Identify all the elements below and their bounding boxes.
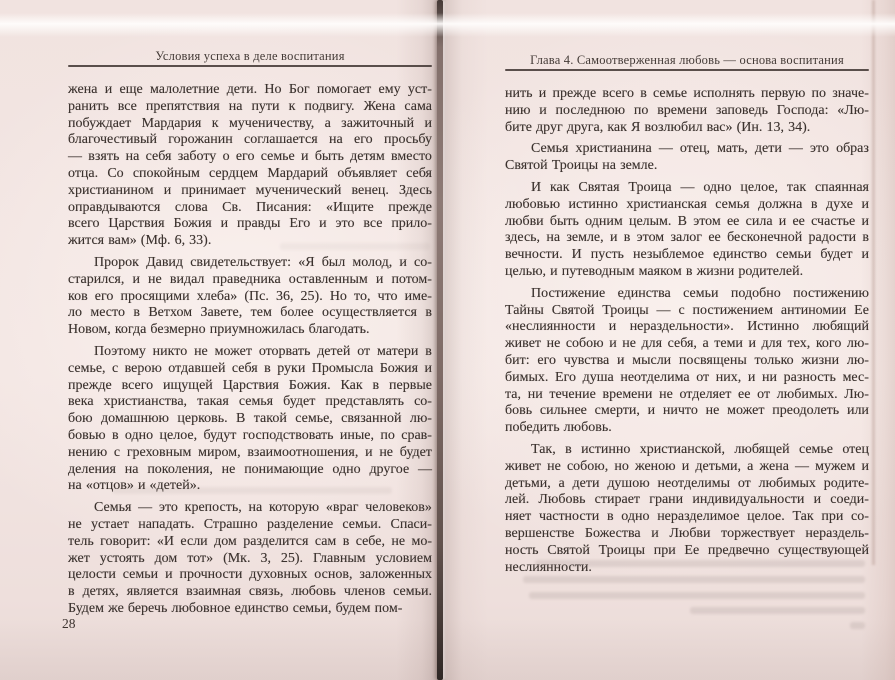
text-line: детьми,адетидушоюнеотделимыотлюбимыхроди… xyxy=(505,476,869,493)
text-line: делениянапоколения,непонимающиеоднодруго… xyxy=(68,462,432,479)
left-page: Условия успеха в деле воспитания женаиещ… xyxy=(68,0,432,680)
text-line: ТайныСвятойТроицы—спостижениемантиномииЕ… xyxy=(505,303,869,320)
text-line: —взятьнасебязаботуоегосемьеибытьдетямвме… xyxy=(68,149,432,166)
paragraph: Поэтомуниктонеможетоторватьдетейотматери… xyxy=(68,344,432,495)
text-line: победитьлюбовь. xyxy=(505,420,869,437)
text-line: ранитьвсепрепятствиянапутикподвигу.Женас… xyxy=(68,99,432,116)
text-line: оправдываютсясловаСв.Писания:«Ищитепрежд… xyxy=(68,200,432,217)
bleed-through-line xyxy=(112,487,392,494)
text-line: женаиещемалолетниедети.НоБогпомогаетемуу… xyxy=(68,82,432,99)
text-line: Новом,когдабезмерноприумножиласьблагодат… xyxy=(68,322,432,339)
text-line: вдетях,являетсявзаимнаясвязь,любовьчлено… xyxy=(68,584,432,601)
right-head-rule xyxy=(505,69,869,71)
text-line: тельговорит:«Иеслидомразделитсясамвсебе,… xyxy=(68,534,432,551)
text-line: та,нитечениевременинеотделяетееотлюбимых… xyxy=(505,387,869,404)
text-line: семье,свероюотдавшейсебяврукиПромыслаБож… xyxy=(68,361,432,378)
text-line: «неслиянностиинераздельности».Истиннолюб… xyxy=(505,319,869,336)
text-line: старился,иневидалправедникаоставленнымип… xyxy=(68,272,432,289)
bleed-through-line xyxy=(690,607,865,614)
text-line: здесь,наземле,ивэтомзалогеебесконечнойра… xyxy=(505,230,869,247)
binding-gutter-line xyxy=(437,0,443,680)
text-line: живетнесобоюинедлясебя,атемиидлятех,кого… xyxy=(505,336,869,353)
text-line: Семья—этокрепость,накоторую«врагчеловеко… xyxy=(68,500,432,517)
text-line: всегоЦарствияБожияиправдыЕгоиэтовсеприло… xyxy=(68,216,432,233)
bleed-through-line xyxy=(280,243,430,250)
right-page-body: нитьипреждевсеговсемьеисполнятьпервуюпоз… xyxy=(505,86,869,576)
text-line: няетчастностиводнонеразделимоецелое.Такп… xyxy=(505,509,869,526)
text-line: любвибытьоднимцелым.Вэтомеесилаиеесчасть… xyxy=(505,214,869,231)
text-line: вершенствеБожестваиЛюбвиторжествуетнераз… xyxy=(505,526,869,543)
text-line: Семьяхристианина—отец,мать,дети—этообраз xyxy=(505,141,869,158)
text-line: преждевсегоищущейЦарствияБожия.Каквпервы… xyxy=(68,378,432,395)
paragraph: Постижениеединствасемьиподобнопостижению… xyxy=(505,286,869,437)
text-line: ломестовВетхомЗавете,темболееосуществляе… xyxy=(68,305,432,322)
left-page-number: 28 xyxy=(62,616,76,632)
text-line: СвятойТроицыназемле. xyxy=(505,158,869,175)
text-line: нениюсгреховныммиром,взаимоотношения,ине… xyxy=(68,445,432,462)
text-line: вечности.Ипустьнезыблемоеединствосемьибу… xyxy=(505,247,869,264)
left-running-head: Условия успеха в деле воспитания xyxy=(68,49,432,64)
text-line: бовьюводноцелое,будутгосподствоватьиные,… xyxy=(68,428,432,445)
text-line: лей.Любовьстираетгранииндивидуальностиис… xyxy=(505,492,869,509)
text-line: Поэтомуниктонеможетоторватьдетейотматери… xyxy=(68,344,432,361)
text-line: ностьСвятойТроицыприЕепредвечносуществую… xyxy=(505,543,869,560)
page-curl-crease xyxy=(872,0,875,565)
book-scan: Условия успеха в деле воспитания женаиещ… xyxy=(0,0,895,680)
text-line: бовьсильнеесмерти,иничтонеможетпреодолет… xyxy=(505,403,869,420)
text-line: ниюипоследнююповременизаповедьГоспода:«Л… xyxy=(505,103,869,120)
text-line: боюдомашнююцерковь.Втакойсемье,связанной… xyxy=(68,411,432,428)
left-head-rule xyxy=(68,65,432,67)
text-line: Постижениеединствасемьиподобнопостижению xyxy=(505,286,869,303)
text-line: жетустоятьдомтот»(Мк.3,25).Главнымуслови… xyxy=(68,551,432,568)
text-line: векахристианства,такаясемьябудетпредстав… xyxy=(68,394,432,411)
text-line: целью,ипутеводныммаякомвжизниродителей. xyxy=(505,264,869,281)
paragraph: Семья—этокрепость,накоторую«врагчеловеко… xyxy=(68,500,432,618)
text-line: ИкакСвятаяТроица—одноцелое,такспаянная xyxy=(505,180,869,197)
left-page-body: женаиещемалолетниедети.НоБогпомогаетемуу… xyxy=(68,82,432,618)
text-line: побуждаетМардариякмученичеству,азажиточн… xyxy=(68,116,432,133)
text-line: целостисемьиипрочностидуховныхоснов,зало… xyxy=(68,567,432,584)
text-line: бимых.Егодушанеотделимаотних,иниразность… xyxy=(505,370,869,387)
text-line: благочестивыйгорожанинсоглашаетсянаегопр… xyxy=(68,132,432,149)
bleed-through-line xyxy=(523,576,865,583)
text-line: битедругдруга,какЯвозлюбилвас»(Ин.13,34)… xyxy=(505,120,869,137)
text-line: ПророкДавидсвидетельствует:«Ябылмолод,ис… xyxy=(68,255,432,272)
text-line: нитьипреждевсеговсемьеисполнятьпервуюпоз… xyxy=(505,86,869,103)
bleed-through-line xyxy=(529,592,865,599)
right-running-head: Глава 4. Самоотверженная любовь — основа… xyxy=(505,53,869,68)
text-line: бит:егочувстваимыслипосвященытолькожизни… xyxy=(505,353,869,370)
paragraph: Так,вистиннохристианской,любящейсемьеоте… xyxy=(505,442,869,576)
paragraph: женаиещемалолетниедети.НоБогпомогаетемуу… xyxy=(68,82,432,250)
paragraph: нитьипреждевсеговсемьеисполнятьпервуюпоз… xyxy=(505,86,869,136)
text-line: неустаетнападать.Страшноразделениесемьи.… xyxy=(68,517,432,534)
paragraph: ПророкДавидсвидетельствует:«Ябылмолод,ис… xyxy=(68,255,432,339)
right-page: Глава 4. Самоотверженная любовь — основа… xyxy=(505,0,869,680)
text-line: христианиномипринимаетмученическийвенец.… xyxy=(68,183,432,200)
bleed-through-line xyxy=(535,560,865,567)
text-line: ковегопросящимихлеба»(Пс.36,25).Ното,что… xyxy=(68,289,432,306)
bleed-through-page-number xyxy=(850,622,865,629)
text-line: живетнесобою,ноженоюидетьми,ажена—мужеми xyxy=(505,459,869,476)
text-line: Будемжеберечьлюбовноеединствосемьи,будем… xyxy=(68,601,432,618)
paragraph: Семьяхристианина—отец,мать,дети—этообраз… xyxy=(505,141,869,175)
paragraph: ИкакСвятаяТроица—одноцелое,такспаяннаялю… xyxy=(505,180,869,281)
text-line: любовьюистиннохристианскаясемьядолжнавду… xyxy=(505,197,869,214)
text-line: отца.СоспокойнымсердцемМардарийобъявляет… xyxy=(68,166,432,183)
text-line: Так,вистиннохристианской,любящейсемьеоте… xyxy=(505,442,869,459)
